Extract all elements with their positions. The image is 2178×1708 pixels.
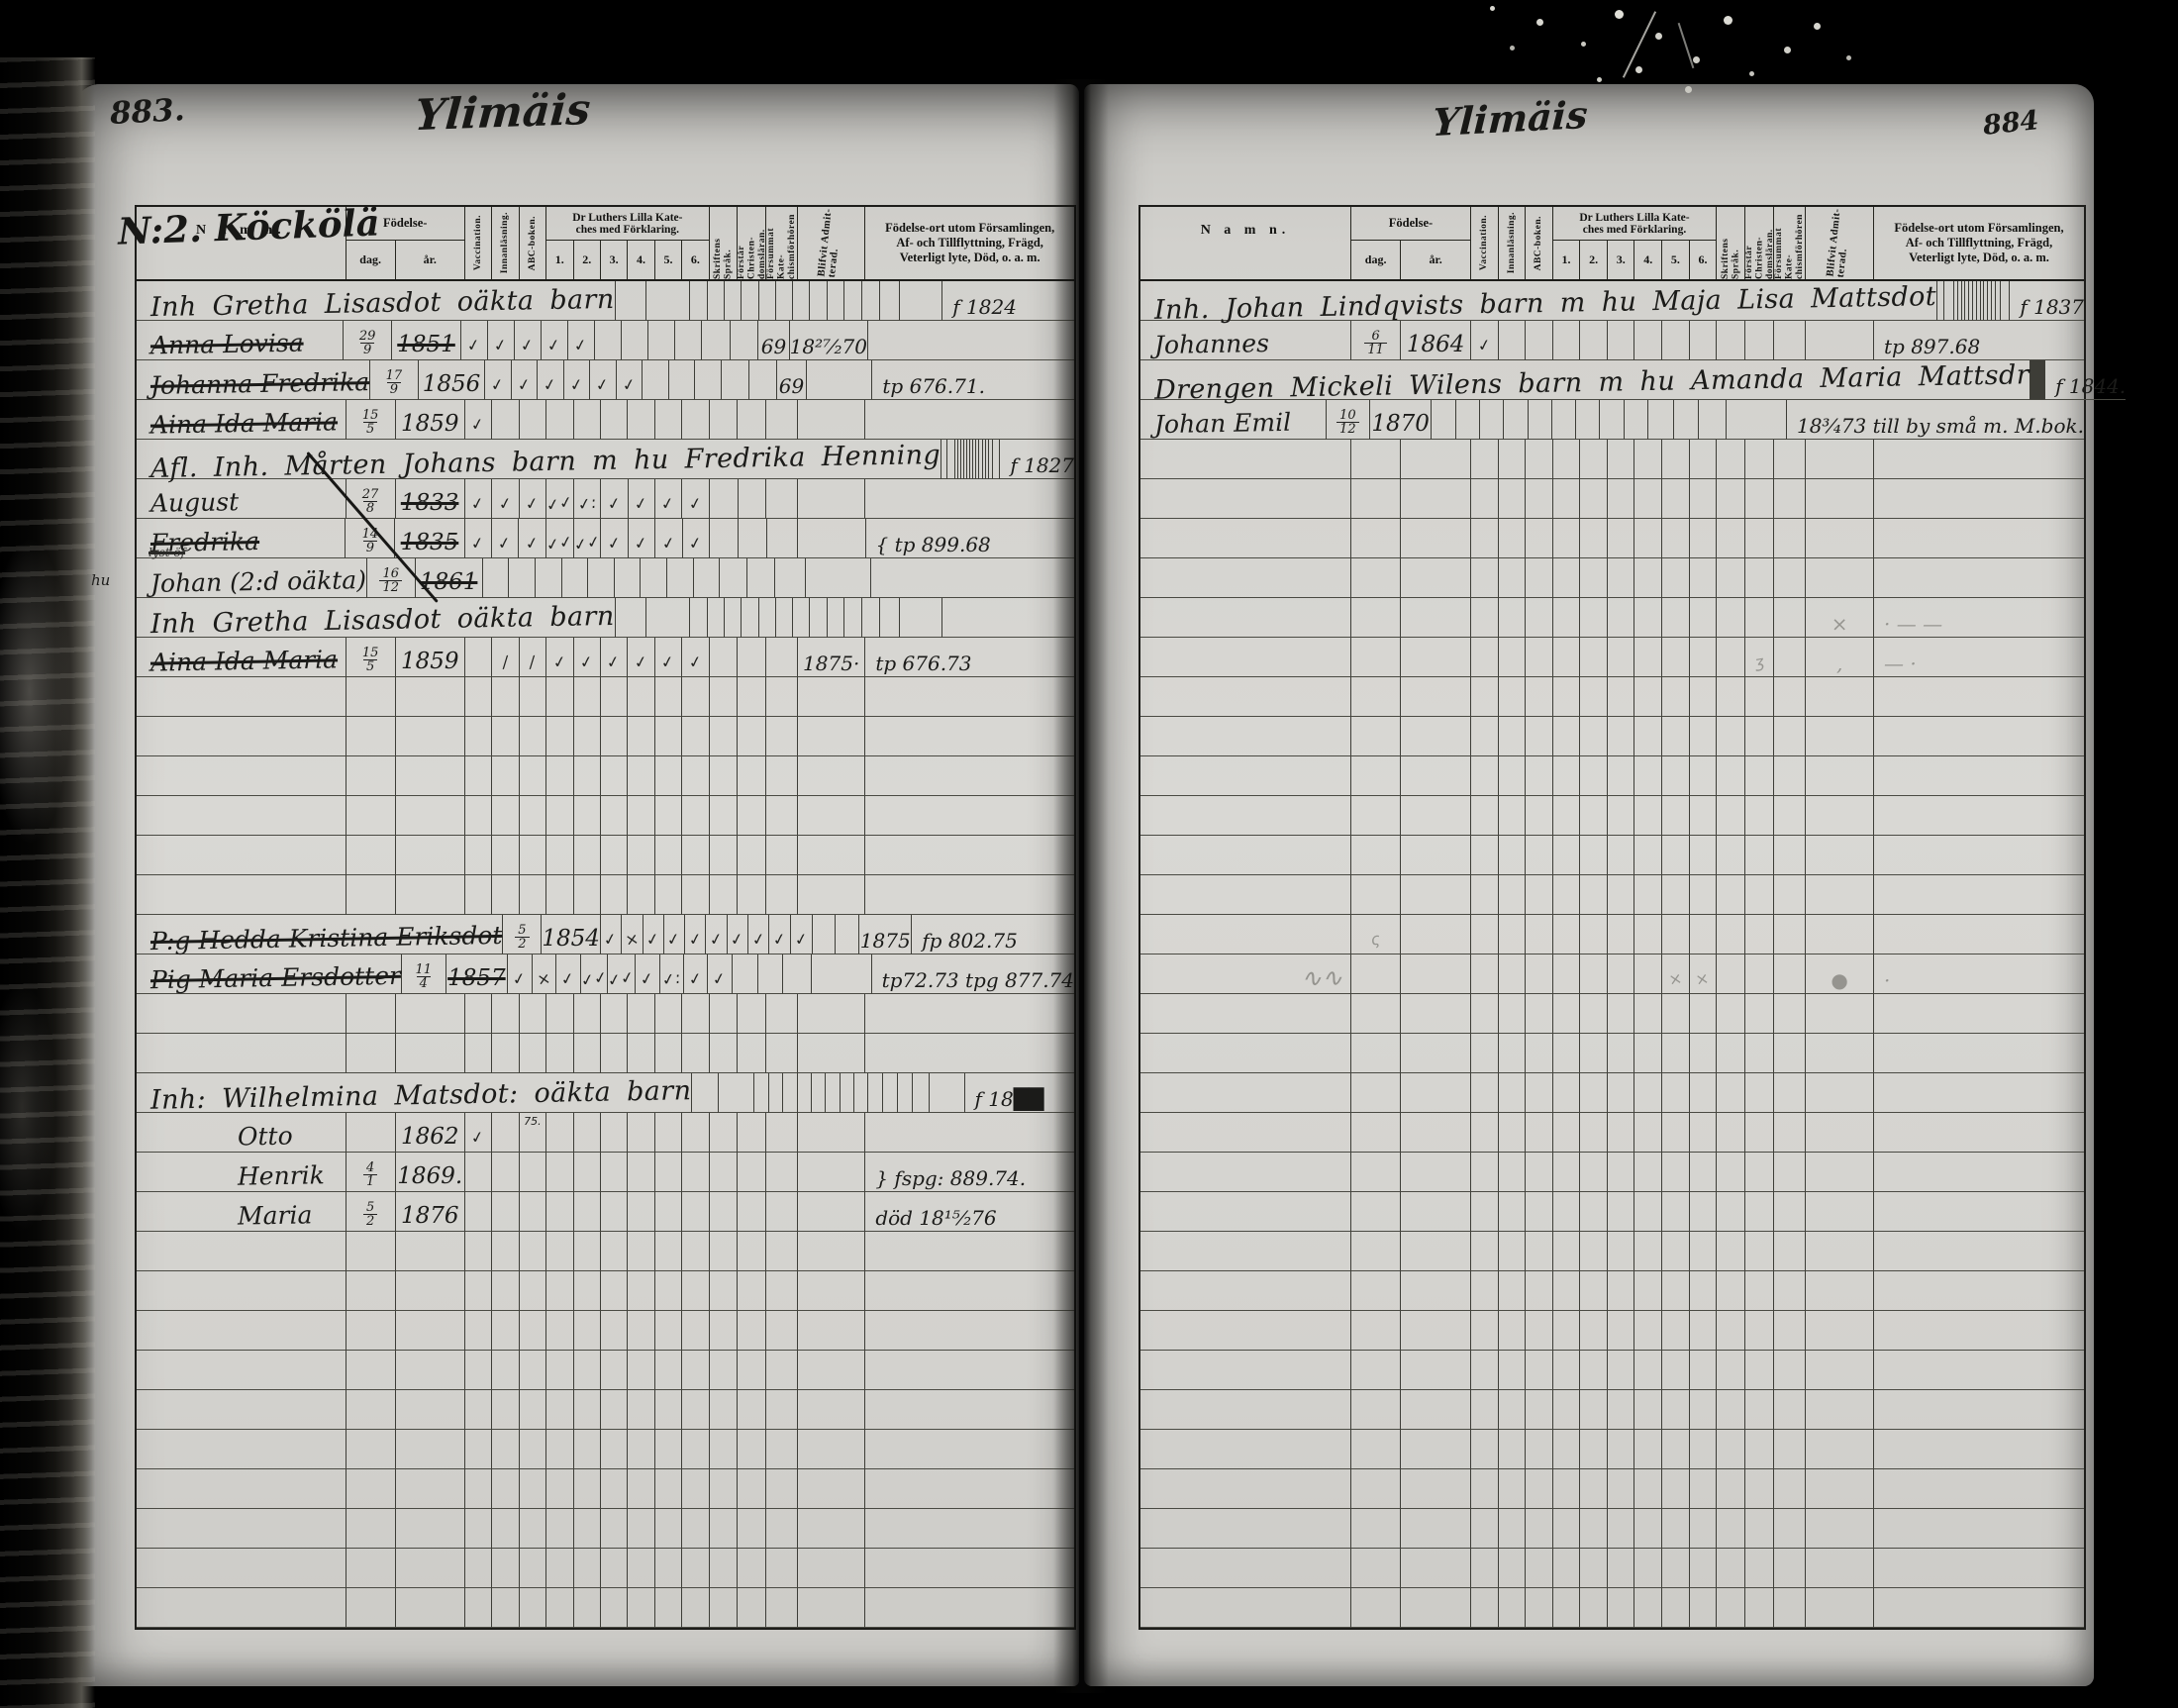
record-table-right: N a m n. Födelse- dag. år. Vaccination. … [1138,205,2086,1630]
cell-k3 [628,717,654,756]
cell-sprak [710,1034,739,1073]
cell-innan [1499,321,1527,360]
cell-k4 [655,717,682,756]
cell-k2 [1608,1588,1635,1628]
cell-dag [1351,1113,1401,1153]
cell-dag: 299 [344,321,392,360]
col-header-skriftens-sprak: Skriftens Språk. [710,207,739,279]
cell-k2 [1608,519,1635,558]
cell-abc [1526,440,1553,479]
empty-row [1140,1113,2084,1153]
cell-sprak [710,836,739,875]
cell-admit [798,479,865,519]
cell-sprak [733,954,758,994]
cell-ar [1401,1073,1471,1113]
cell-admit: ● [1806,954,1874,994]
cell-k3 [1634,1113,1662,1153]
cell-vacc [1471,836,1499,875]
cell-vacc [1471,796,1499,836]
empty-row [137,836,1074,875]
cell-vacc [465,1549,492,1588]
cell-k2 [601,796,628,836]
cell-innan [1499,756,1527,796]
cell-k0 [546,875,573,915]
cell-k1: ✓: [574,479,601,519]
cell-innan: × [622,915,643,954]
cell-k2 [601,994,628,1034]
cell-k4 [1662,1509,1690,1549]
cell-forstar [1745,1390,1774,1430]
cell-k3 [1634,1192,1662,1232]
empty-row [1140,1034,2084,1073]
cell-k4 [1662,321,1690,360]
cell-abc [1526,836,1553,875]
cell-k1 [1529,400,1552,440]
cell-vacc [1471,1232,1499,1271]
cell-innan [492,1034,519,1073]
cell-abc [1526,1153,1553,1192]
cell-k0 [1553,875,1581,915]
cell-admit [798,1153,865,1192]
empty-row [137,717,1074,756]
cell-ar [1401,558,1471,598]
empty-row [137,796,1074,836]
cell-dag [1351,1509,1401,1549]
cell-forstar [738,756,766,796]
cell-k4 [1662,1549,1690,1588]
cell-name: Johannes [1140,321,1351,360]
cell-k0 [1553,1232,1581,1271]
cell-k5 [828,281,844,321]
cell-forsummat [766,1311,798,1351]
cell-forstar [749,360,777,400]
cell-admit [798,1232,865,1271]
cell-innan [1499,1192,1527,1232]
cell-k5 [1690,638,1718,677]
cell-dag [1351,1588,1401,1628]
cell-k5 [1690,994,1718,1034]
cell-k3 [841,1073,854,1113]
cell-abc [1526,717,1553,756]
cell-note [865,994,1074,1034]
cell-dag [1351,954,1401,994]
cell-forstar [738,1113,766,1153]
person-row: Johan Emil1012187018³⁄₄73 till by små m.… [1140,400,2084,440]
cell-forstar [739,519,767,558]
cell-note: f 1844. [2045,360,2126,400]
person-row: Fredrika1491835✓✓✓✓✓✓✓✓✓✓✓{ tp 899.68 [137,519,1074,558]
cell-admit [798,836,865,875]
cell-abc [1526,1311,1553,1351]
cell-dag [346,1588,396,1628]
cell-dag [616,598,647,638]
cell-sprak [722,360,749,400]
record-table-left: N a m n. Födelse- dag. år. Vaccination. … [135,205,1076,1630]
cell-abc [520,400,546,440]
cell-abc [1526,321,1553,360]
cell-name: Pig Maria Ersdotter [137,954,402,994]
cell-vacc [1471,1153,1499,1192]
cell-abc [725,281,742,321]
cell-note [868,321,1074,360]
cell-k5: ✓ [769,915,790,954]
cell-note [865,1034,1074,1073]
small-annotation: lyst öf [148,546,185,559]
cell-sprak [1717,598,1745,638]
cell-innan [492,756,519,796]
cell-ar [396,1588,465,1628]
cell-forsummat [766,756,798,796]
cell-ar: 1864 [1401,321,1471,360]
cell-k0 [1553,519,1581,558]
cell-abc [520,1549,546,1588]
cell-forsummat [766,1271,798,1311]
cell-note: — · [1874,638,2084,677]
cell-k5 [1690,1549,1718,1588]
col-header-kateches-6: 6. [1690,241,1718,279]
cell-k3 [628,756,654,796]
cell-sprak [710,1311,739,1351]
cell-note: tp72.73 tpg 877.74 [872,954,1074,994]
cell-dag [346,1469,396,1509]
person-row: Otto1862✓75. [137,1113,1074,1153]
cell-innan [769,1073,783,1113]
cell-k5 [1690,717,1718,756]
cell-forstar [1745,1271,1774,1311]
cell-forsummat [767,519,799,558]
cell-abc [520,1390,546,1430]
cell-name [137,1390,346,1430]
cell-abc [536,558,562,598]
cell-innan [1499,1113,1527,1153]
cell-abc [1526,1034,1553,1073]
cell-ar [1401,519,1471,558]
cell-k3 [1634,558,1662,598]
cell-k1 [1580,1073,1608,1113]
cell-abc [520,1588,546,1628]
cell-forsummat [1774,717,1806,756]
cell-k0 [546,796,573,836]
cell-k1 [574,1549,601,1588]
cell-sprak [1717,558,1745,598]
cell-k4 [810,281,827,321]
cell-k5 [1690,875,1718,915]
cell-dag [346,756,396,796]
cell-name [1140,796,1351,836]
cell-k3: ✓ [728,915,748,954]
cell-k1: ✓ [685,915,706,954]
cell-name [1140,1588,1351,1628]
cell-forsummat [1774,836,1806,875]
cell-k4 [1662,1390,1690,1430]
cell-forstar [738,1351,766,1390]
cell-vacc [1471,1351,1499,1390]
cell-abc [520,756,546,796]
cell-admit [798,1351,865,1390]
cell-dag [1937,281,1944,321]
cell-vacc [1471,1271,1499,1311]
cell-forstar [747,558,775,598]
cell-dag [346,1113,396,1153]
cell-k2 [1608,836,1635,875]
cell-sprak [710,717,739,756]
cell-dag [1351,638,1401,677]
cell-note: tp 676.71. [872,360,1074,400]
cell-vacc [1471,638,1499,677]
cell-k3 [1634,1430,1662,1469]
cell-note [865,875,1074,915]
cell-k3 [628,994,654,1034]
cell-forstar: ʒ [1745,638,1774,677]
cell-k4 [1662,1351,1690,1390]
cell-k4 [1662,1588,1690,1628]
cell-k2 [1608,796,1635,836]
cell-vacc [1471,915,1499,954]
empty-row [137,756,1074,796]
cell-ar: 1851 [392,321,460,360]
cell-k4 [655,1351,682,1390]
col-header-namn: N a m n. [1140,207,1351,279]
cell-innan [492,796,519,836]
cell-name [1140,1430,1351,1469]
cell-forstar [1674,400,1700,440]
cell-vacc [1471,1073,1499,1113]
cell-note [942,598,1074,638]
cell-name [137,1509,346,1549]
empty-row [1140,677,2084,717]
cell-name [1140,1153,1351,1192]
cell-forsummat [1774,1390,1806,1430]
cell-vacc [1471,519,1499,558]
cell-forsummat [1774,1192,1806,1232]
cell-name: Johan (2:d oäkta)lyst öfhu [137,558,367,598]
cell-forstar [1745,1469,1774,1509]
cell-ar [1401,1271,1471,1311]
cell-sprak [1717,1113,1745,1153]
cell-k1 [1580,796,1608,836]
cell-vacc [465,1390,492,1430]
cell-name [137,1469,346,1509]
cell-k2 [1608,1113,1635,1153]
cell-k5 [1625,400,1648,440]
cell-innan [1499,519,1527,558]
cell-admit [807,360,872,400]
cell-name [137,836,346,875]
cell-abc: ✓ [515,321,542,360]
cell-admit [2001,281,2011,321]
cell-k1 [1580,1192,1608,1232]
cell-abc [520,1509,546,1549]
cell-vacc: ✓ [461,321,488,360]
cell-forsummat [766,677,798,717]
cell-k4 [1662,519,1690,558]
cell-k0 [1553,558,1581,598]
cell-forsummat [766,479,798,519]
cell-ar: 1859 [396,638,465,677]
cell-ar [396,1232,465,1271]
cell-k1 [1580,1113,1608,1153]
cell-sprak [1717,519,1745,558]
cell-admit [930,1073,965,1113]
cell-k4: ✓ [684,954,708,994]
cell-k2 [601,1390,628,1430]
cell-k3 [1634,519,1662,558]
cell-admit [1806,796,1874,836]
cell-name [137,1232,346,1271]
cell-k1 [1580,1351,1608,1390]
cell-innan [492,677,519,717]
cell-forsummat [766,1469,798,1509]
cell-k5 [682,1192,709,1232]
cell-k2 [1608,558,1635,598]
cell-note: 18³⁄₄73 till by små m. M.bok. [1787,400,2084,440]
cell-sprak [710,1430,739,1469]
cell-sprak [710,519,739,558]
cell-abc [1526,915,1553,954]
cell-abc: ✓ [538,360,564,400]
cell-k3 [1634,954,1662,994]
cell-k5 [682,400,709,440]
cell-sprak [1717,1192,1745,1232]
cell-forsummat [766,400,798,440]
cell-abc [1526,1351,1553,1390]
cell-ar: 1862 [396,1113,465,1153]
cell-k2 [1608,954,1635,994]
cell-innan [1499,1588,1527,1628]
cell-note: } fspg: 889.74. [865,1153,1074,1192]
cell-k2 [1608,756,1635,796]
cell-sprak [1717,1509,1745,1549]
cell-vacc [465,875,492,915]
cell-vacc [1471,1588,1499,1628]
cell-admit [798,1271,865,1311]
cell-name [137,677,346,717]
cell-forstar [1745,321,1774,360]
cell-k5 [682,994,709,1034]
cell-abc [520,994,546,1034]
col-header-forstar-christendomslaran: Förstår Christen- domsläran. [1745,207,1774,279]
cell-ar [396,1034,465,1073]
cell-k1 [1580,1232,1608,1271]
cell-sprak [710,638,739,677]
cell-k4 [655,1549,682,1588]
cell-k4 [655,756,682,796]
cell-sprak [1717,836,1745,875]
cell-k5 [682,875,709,915]
cell-note: f 1827 [1000,440,1074,479]
cell-vacc: ✓ [508,954,532,994]
cell-k0 [1553,479,1581,519]
cell-abc [1526,994,1553,1034]
col-header-skriftens-sprak: Skriftens Språk. [1717,207,1745,279]
cell-abc [1526,1390,1553,1430]
cell-k3 [1634,915,1662,954]
cell-k0 [1553,321,1581,360]
empty-row [1140,440,2084,479]
cell-name [1140,875,1351,915]
cell-k5 [682,1549,709,1588]
cell-k5 [1690,756,1718,796]
cell-k3 [628,836,654,875]
cell-abc [1526,1588,1553,1628]
cell-note [865,1232,1074,1271]
cell-k5 [682,1509,709,1549]
cell-vacc [1471,954,1499,994]
cell-k3 [1634,1311,1662,1351]
cell-k2: ✓ [617,360,643,400]
cell-k3 [628,875,654,915]
cell-vacc [465,1232,492,1271]
cell-name [1140,1549,1351,1588]
cell-vacc [1471,717,1499,756]
cell-ar [1401,1430,1471,1469]
cell-abc [520,796,546,836]
cell-k3 [641,558,667,598]
cell-note: fp 802.75 [912,915,1074,954]
empty-row [1140,1588,2084,1628]
cell-forstar [1745,519,1774,558]
cell-forstar [738,1509,766,1549]
cell-innan [1499,1153,1527,1192]
cell-vacc [754,1073,768,1113]
cell-k1 [574,1034,601,1073]
cell-name [1140,1311,1351,1351]
cell-k5 [1690,1073,1718,1113]
cell-k3 [1634,1351,1662,1390]
cell-dag [1351,1153,1401,1192]
cell-sprak [710,756,739,796]
cell-ar [1401,836,1471,875]
cell-innan [1499,836,1527,875]
cell-forstar [738,638,766,677]
cell-k2 [601,756,628,796]
cell-k0 [546,1588,573,1628]
cell-vacc [465,796,492,836]
cell-note [865,1271,1074,1311]
col-header-kateches-3: 3. [601,241,628,279]
cell-vacc [1471,440,1499,479]
family-header-row: Drengen Mickeli Wilens barn m hu Amanda … [1140,360,2084,400]
cell-k0 [1553,1430,1581,1469]
cell-innan [492,1549,519,1588]
cell-note [871,558,1074,598]
cell-dag [1351,717,1401,756]
table-body: Inh Gretha Lisasdot oäkta barnf 1824Anna… [137,281,1074,1628]
cell-admit [798,1469,865,1509]
cell-forsummat [766,836,798,875]
cell-abc: / [520,638,546,677]
cell-note [865,1351,1074,1390]
cell-k0 [546,677,573,717]
cell-innan [1499,638,1527,677]
cell-k2 [601,875,628,915]
cell-note [1874,479,2084,519]
cell-dag [1351,440,1401,479]
cell-innan [1499,875,1527,915]
cell-vacc: ✓ [465,519,492,558]
cell-vacc [465,1588,492,1628]
cell-innan [492,1153,519,1192]
cell-sprak [1717,638,1745,677]
cell-note [1874,1113,2084,1153]
empty-row [137,1430,1074,1469]
cell-k3 [628,677,654,717]
cell-note [1874,1311,2084,1351]
cell-note: { tp 899.68 [866,519,1074,558]
cell-dag: 1012 [1327,400,1370,440]
cell-k4 [1662,875,1690,915]
empty-row [1140,1311,2084,1351]
